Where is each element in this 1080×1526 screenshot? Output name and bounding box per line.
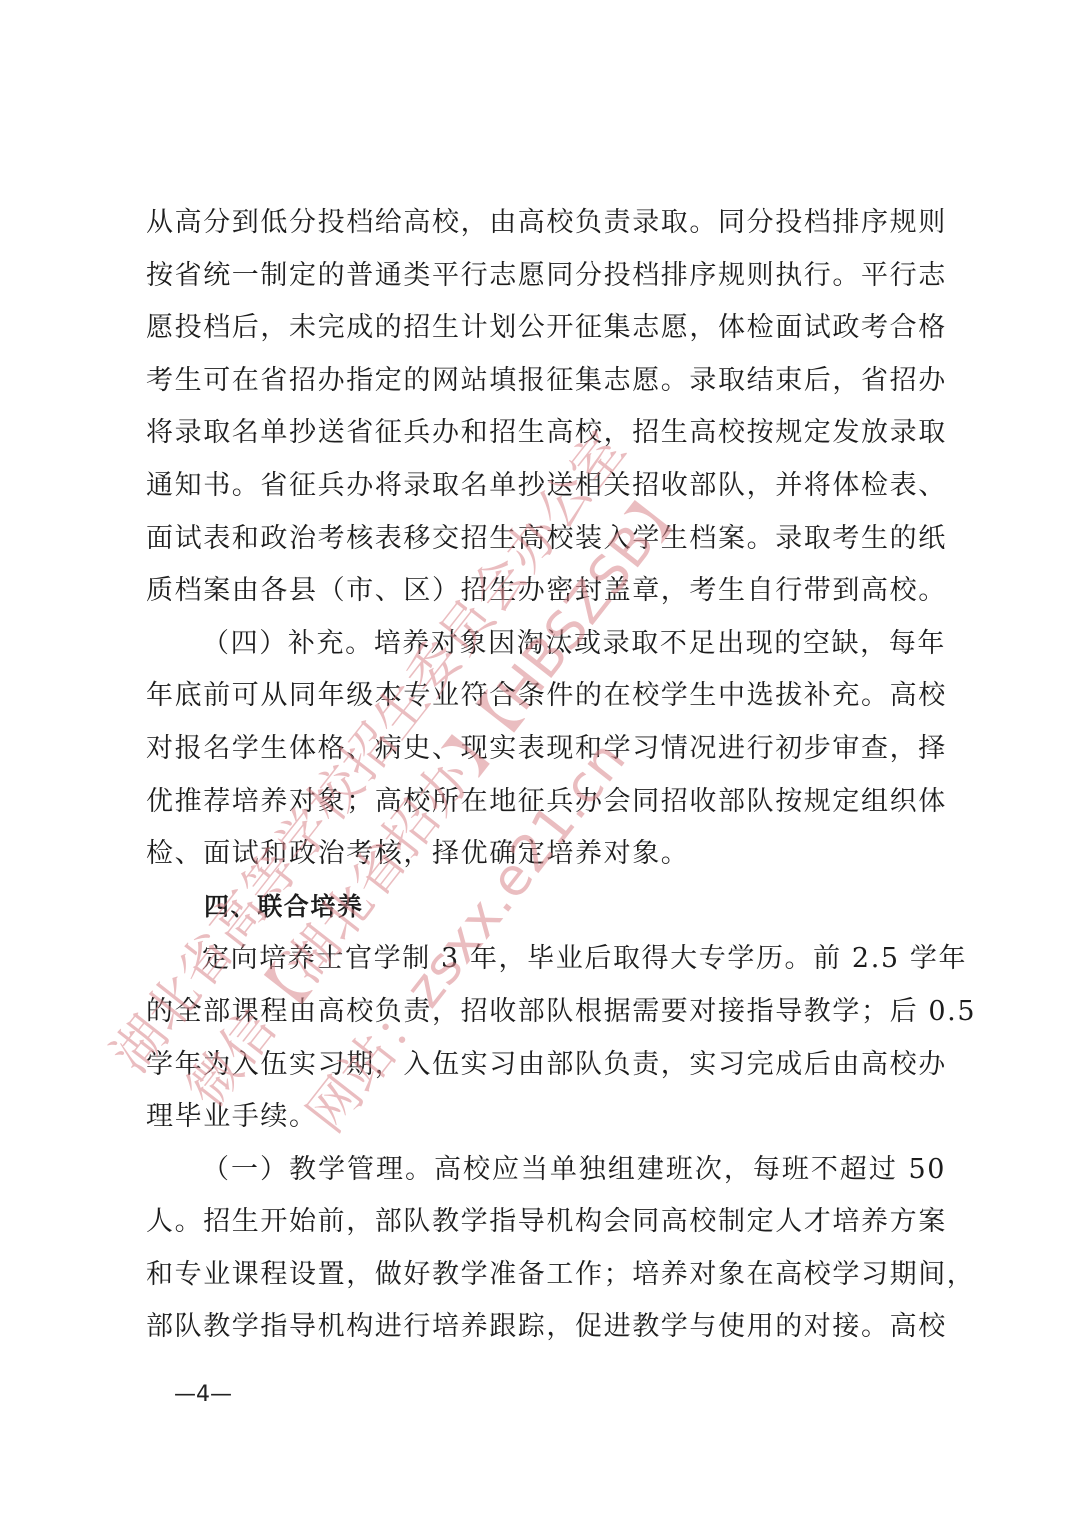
page-number: —4— (174, 1382, 232, 1407)
text-line: 年底前可从同年级本专业符合条件的在校学生中选拔补充。高校 (146, 670, 946, 723)
document-page: 从高分到低分投档给高校，由高校负责录取。同分投档排序规则 按省统一制定的普通类平… (0, 0, 1080, 1526)
text-line: 理毕业手续。 (146, 1091, 946, 1144)
text-line: 对报名学生体格、病史、现实表现和学习情况进行初步审查，择 (146, 723, 946, 776)
text-line: 按省统一制定的普通类平行志愿同分投档排序规则执行。平行志 (146, 250, 946, 303)
text-line: 愿投档后，未完成的招生计划公开征集志愿，体检面试政考合格 (146, 302, 946, 355)
document-body: 从高分到低分投档给高校，由高校负责录取。同分投档排序规则 按省统一制定的普通类平… (146, 197, 946, 1354)
text-line: 优推荐培养对象；高校所在地征兵办会同招收部队按规定组织体 (146, 776, 946, 829)
text-line: 和专业课程设置，做好教学准备工作；培养对象在高校学习期间， (146, 1249, 946, 1302)
text-line: 质档案由各县（市、区）招生办密封盖章，考生自行带到高校。 (146, 565, 946, 618)
section-heading: 四、联合培养 (146, 881, 946, 934)
text-line: 通知书。省征兵办将录取名单抄送相关招收部队，并将体检表、 (146, 460, 946, 513)
paragraph-start-teaching-management: （一）教学管理。高校应当单独组建班次，每班不超过 50 (146, 1144, 946, 1197)
text-line: 从高分到低分投档给高校，由高校负责录取。同分投档排序规则 (146, 197, 946, 250)
text-line: 的全部课程由高校负责，招收部队根据需要对接指导教学；后 0.5 (146, 986, 946, 1039)
text-line: 面试表和政治考核表移交招生高校装入学生档案。录取考生的纸 (146, 513, 946, 566)
text-line: 部队教学指导机构进行培养跟踪，促进教学与使用的对接。高校 (146, 1301, 946, 1354)
text-line: 检、面试和政治考核，择优确定培养对象。 (146, 828, 946, 881)
text-line: 人。招生开始前，部队教学指导机构会同高校制定人才培养方案 (146, 1196, 946, 1249)
paragraph-start-joint-training: 定向培养士官学制 3 年，毕业后取得大专学历。前 2.5 学年 (146, 933, 946, 986)
text-line: 学年为入伍实习期，入伍实习由部队负责，实习完成后由高校办 (146, 1039, 946, 1092)
text-line: 考生可在省招办指定的网站填报征集志愿。录取结束后，省招办 (146, 355, 946, 408)
text-line: 将录取名单抄送省征兵办和招生高校，招生高校按规定发放录取 (146, 407, 946, 460)
paragraph-start-supplement: （四）补充。培养对象因淘汰或录取不足出现的空缺，每年 (146, 618, 946, 671)
